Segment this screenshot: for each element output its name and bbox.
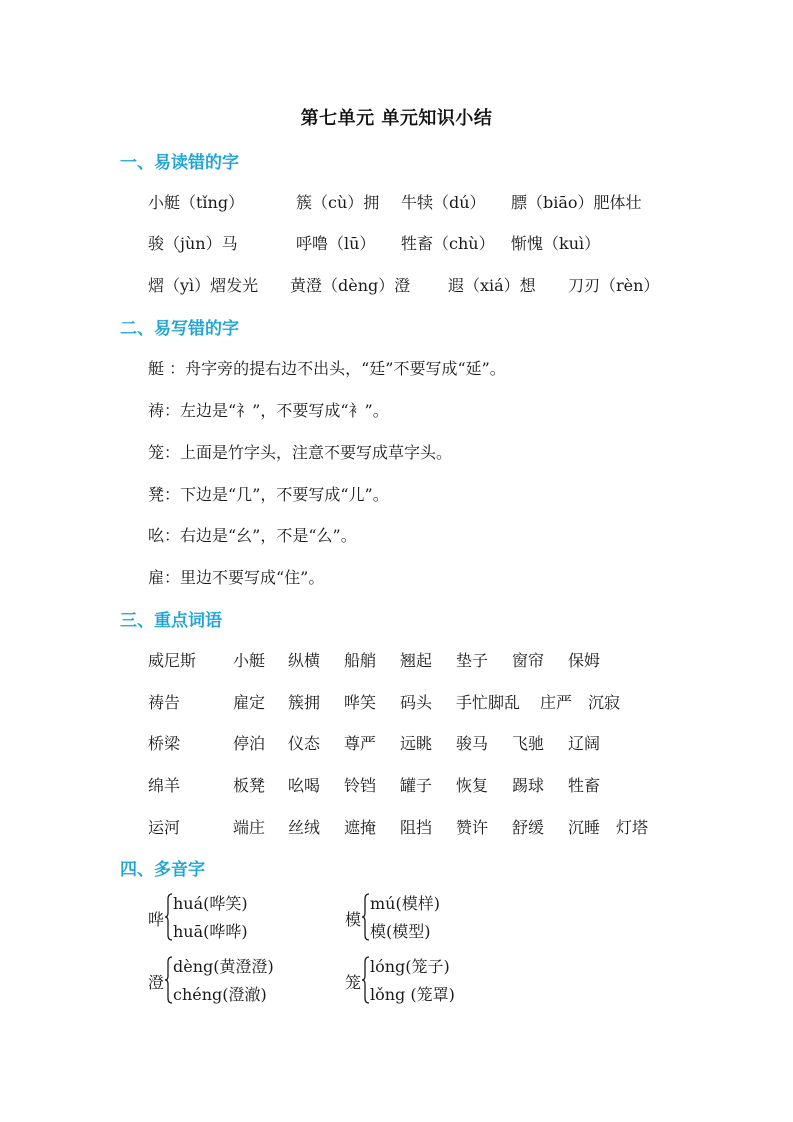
- key-word: 祷告: [148, 690, 180, 713]
- misread-item: 簇（cù）拥: [296, 190, 379, 213]
- key-word: 罐子: [400, 773, 432, 796]
- polyphone-reading: lóng(笼子): [370, 954, 450, 977]
- key-word: 遮掩: [344, 815, 376, 838]
- key-word: 沉睡: [568, 815, 600, 838]
- misread-item: 牛犊（dú）: [401, 190, 486, 213]
- section-heading-misread: 一、易读错的字: [120, 148, 239, 173]
- polyphone-reading: 模(模型): [370, 919, 431, 942]
- key-word: 运河: [148, 815, 180, 838]
- misread-item: 熠（yì）熠发光: [148, 273, 258, 296]
- key-word: 沉寂: [588, 690, 620, 713]
- polyphone-reading: dèng(黄澄澄): [173, 954, 274, 977]
- misread-item: 小艇（tǐng）: [148, 190, 244, 213]
- polyphone-char: 笼: [345, 970, 361, 993]
- key-word: 停泊: [233, 731, 265, 754]
- polyphone-reading: lǒng (笼罩): [370, 982, 455, 1005]
- miswritten-line: 雇：里边不要写成“住”。: [148, 565, 324, 588]
- key-word: 翘起: [400, 648, 432, 671]
- misread-item: 遐（xiá）想: [448, 273, 536, 296]
- misread-item: 膘（biāo）肥体壮: [511, 190, 642, 213]
- miswritten-line: 笼：上面是竹字头，注意不要写成草字头。: [148, 440, 452, 463]
- key-word: 端庄: [233, 815, 265, 838]
- key-word: 板凳: [233, 773, 265, 796]
- brace-icon: [362, 956, 370, 1004]
- section-heading-miswritten: 二、易写错的字: [120, 314, 239, 339]
- key-word: 庄严: [540, 690, 572, 713]
- miswritten-line: 吆：右边是“幺”，不是“么”。: [148, 523, 357, 546]
- misread-item: 黄澄（dèng）澄: [290, 273, 410, 296]
- key-word: 哗笑: [344, 690, 376, 713]
- page-title: 第七单元 单元知识小结: [0, 104, 793, 130]
- miswritten-line: 凳：下边是“几”，不要写成“儿”。: [148, 482, 389, 505]
- key-word: 远眺: [400, 731, 432, 754]
- misread-item: 刀刃（rèn）: [568, 273, 659, 296]
- key-word: 飞驰: [512, 731, 544, 754]
- key-word: 吆喝: [288, 773, 320, 796]
- key-word: 小艇: [233, 648, 265, 671]
- miswritten-line: 艇 ：舟字旁的提右边不出头，“廷”不要写成“延”。: [148, 356, 506, 379]
- section-heading-polyphones: 四、多音字: [120, 855, 205, 880]
- polyphone-reading: huā(哗哗): [173, 919, 248, 942]
- brace-icon: [165, 893, 173, 941]
- key-word: 辽阔: [568, 731, 600, 754]
- key-word: 牲畜: [568, 773, 600, 796]
- miswritten-line: 祷：左边是“礻”，不要写成“衤”。: [148, 398, 389, 421]
- misread-item: 惭愧（kuì）: [511, 231, 600, 254]
- key-word: 丝绒: [288, 815, 320, 838]
- brace-icon: [362, 893, 370, 941]
- brace-icon: [165, 956, 173, 1004]
- key-word: 桥梁: [148, 731, 180, 754]
- misread-item: 呼噜（lū）: [296, 231, 375, 254]
- key-word: 仪态: [288, 731, 320, 754]
- key-word: 保姆: [568, 648, 600, 671]
- key-word: 垫子: [456, 648, 488, 671]
- key-word: 尊严: [344, 731, 376, 754]
- key-word: 阻挡: [400, 815, 432, 838]
- key-word: 雇定: [233, 690, 265, 713]
- key-word: 手忙脚乱: [456, 690, 520, 713]
- key-word: 踢球: [512, 773, 544, 796]
- key-word: 灯塔: [616, 815, 648, 838]
- key-word: 簇拥: [288, 690, 320, 713]
- key-word: 威尼斯: [148, 648, 196, 671]
- key-word: 恢复: [456, 773, 488, 796]
- polyphone-reading: mú(模样): [370, 891, 440, 914]
- key-word: 船艄: [344, 648, 376, 671]
- polyphone-reading: chéng(澄澈): [173, 982, 267, 1005]
- key-word: 纵横: [288, 648, 320, 671]
- key-word: 铃铛: [344, 773, 376, 796]
- section-heading-key-words: 三、重点词语: [120, 606, 222, 631]
- key-word: 舒缓: [512, 815, 544, 838]
- polyphone-char: 哗: [148, 907, 164, 930]
- key-word: 绵羊: [148, 773, 180, 796]
- key-word: 窗帘: [512, 648, 544, 671]
- key-word: 码头: [400, 690, 432, 713]
- polyphone-reading: huá(哗笑): [173, 891, 248, 914]
- misread-item: 骏（jùn）马: [148, 231, 238, 254]
- misread-item: 牲畜（chù）: [401, 231, 495, 254]
- polyphone-char: 模: [345, 907, 361, 930]
- key-word: 赞许: [456, 815, 488, 838]
- key-word: 骏马: [456, 731, 488, 754]
- polyphone-char: 澄: [148, 970, 164, 993]
